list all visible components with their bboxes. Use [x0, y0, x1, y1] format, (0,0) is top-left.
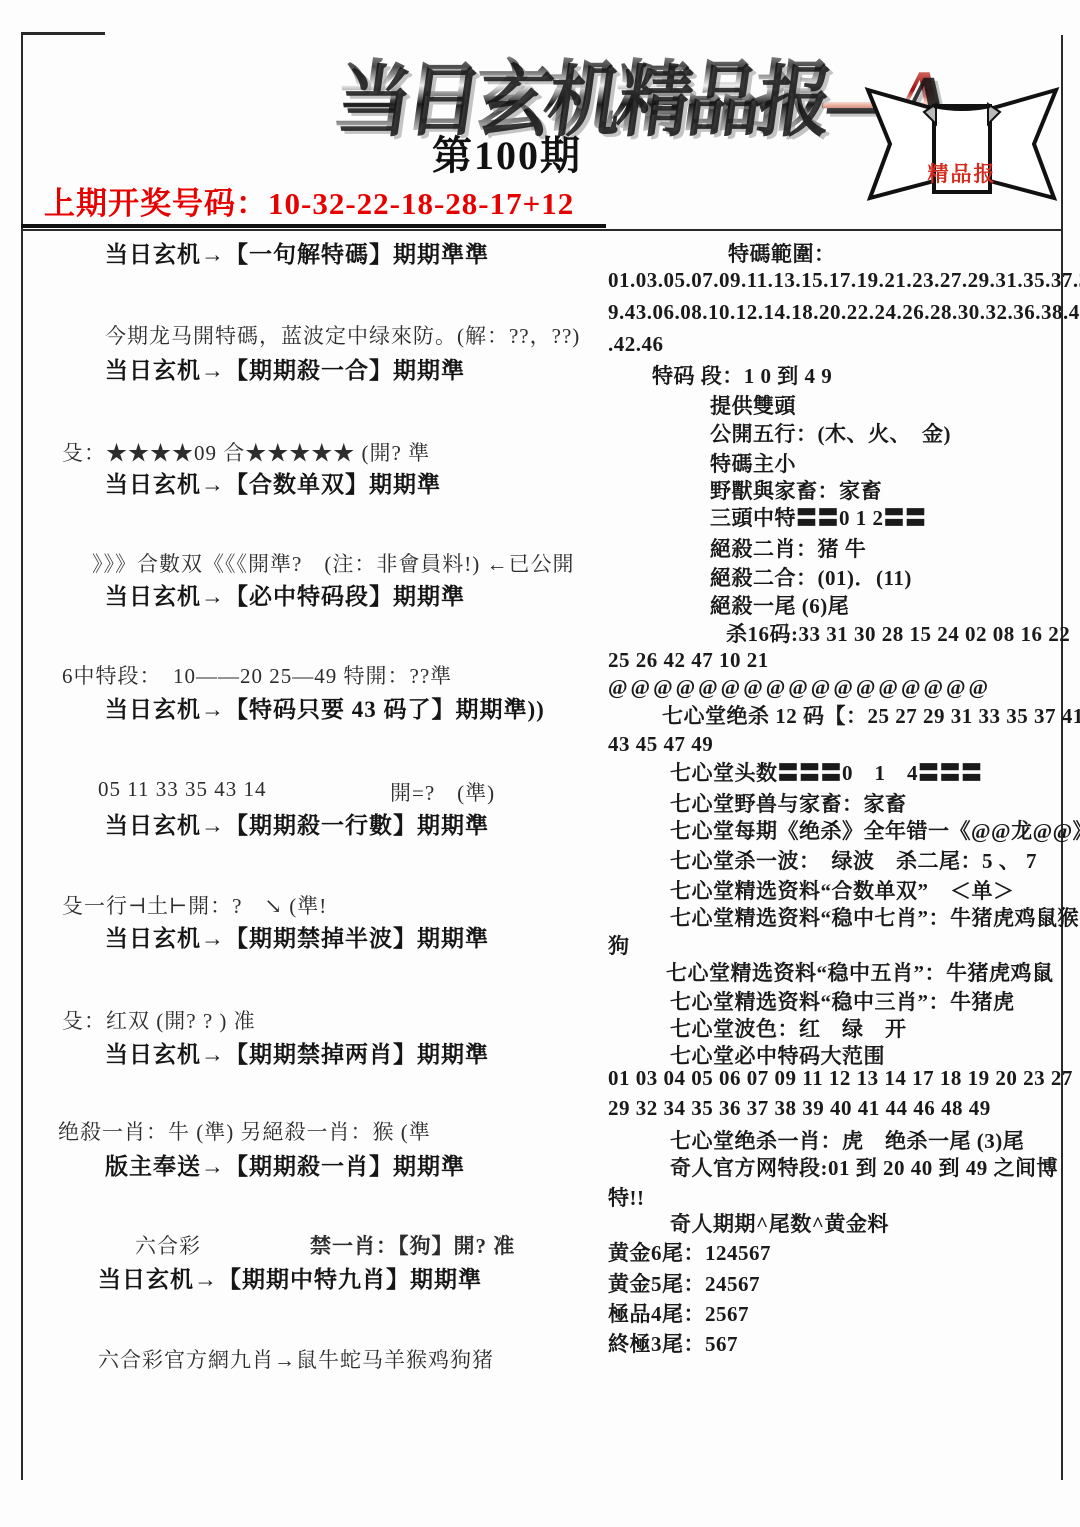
right-line-7: 特碼主小 [710, 448, 796, 478]
right-line-31: 七心堂绝杀一肖：虎 绝杀一尾 (3)尾 [670, 1125, 1024, 1155]
page-border-left [21, 33, 23, 1480]
left-section-6-header: 殳一行⊣土⊢開：? ↘ (準! [62, 890, 327, 920]
left-section-5-main: 当日玄机→【期期殺一行數】期期準 [105, 807, 489, 840]
page-title: 当日玄机精品报—A [327, 35, 903, 146]
right-line-0: 特碼範圍： [728, 238, 836, 268]
right-line-30: 29 32 34 35 36 37 38 39 40 41 44 46 48 4… [608, 1096, 991, 1121]
right-line-20: 七心堂每期《绝杀》全年错一《@@龙@@》 [670, 815, 1080, 845]
left-section-2-header: 殳：★★★★09 合★★★★★ (開? 準 [62, 437, 430, 467]
left-section-1-header: 今期龙马開特碼，蓝波定中绿來防。(解：??，??) [105, 320, 580, 350]
left-section-7-main: 当日玄机→【期期禁掉两肖】期期準 [105, 1036, 489, 1069]
right-line-38: 終極3尾：567 [608, 1328, 738, 1358]
right-line-6: 公開五行：(木、火、 金) [710, 418, 951, 448]
right-line-32: 奇人官方网特段:01 到 20 40 到 49 之间博 [670, 1152, 1058, 1182]
right-line-8: 野獸與家畜：家畜 [710, 475, 882, 505]
left-section-5-header: 05 11 33 35 43 14 [98, 777, 266, 802]
right-line-5: 提供雙頭 [710, 390, 796, 420]
last-draw-numbers: 上期开奖号码：10-32-22-18-28-17+12 [44, 178, 574, 223]
right-line-1: 01.03.05.07.09.11.13.15.17.19.21.23.27.2… [608, 268, 1080, 293]
right-line-35: 黄金6尾：124567 [608, 1237, 771, 1267]
right-line-37: 極品4尾：2567 [608, 1298, 749, 1328]
left-section-6-main: 当日玄机→【期期禁掉半波】期期準 [105, 920, 489, 953]
right-line-4: 特码 段：1 0 到 4 9 [652, 360, 832, 390]
header-divider-thick [21, 224, 606, 228]
right-line-34: 奇人期期^尾数^黄金料 [670, 1208, 889, 1238]
issue-number: 第100期 [432, 124, 582, 181]
right-line-33: 特!! [608, 1182, 645, 1212]
right-line-11: 絕殺二合：(01)．(11) [710, 562, 912, 592]
right-line-14: 25 26 42 47 10 21 [608, 648, 769, 673]
right-line-36: 黄金5尾：24567 [608, 1268, 760, 1298]
right-line-16: 七心堂绝杀 12 码【：25 27 29 31 33 35 37 41 [662, 700, 1080, 730]
tip-sheet-page: 当日玄机精品报—A 第100期 上期开奖号码：10-32-22-18-28-17… [0, 0, 1080, 1527]
right-line-13: 杀16码:33 31 30 28 15 24 02 08 16 22 [726, 618, 1070, 648]
right-line-22: 七心堂精选资料“合数单双” ＜单＞ [670, 875, 1015, 905]
right-line-21: 七心堂杀一波： 绿波 杀二尾：5 、 7 [670, 845, 1037, 875]
left-section-9-main: 当日玄机→【期期中特九肖】期期準 [98, 1261, 482, 1294]
right-line-18: 七心堂头数〓〓〓0 1 4〓〓〓 [670, 757, 983, 787]
right-line-15: @@@@@@@@@@@@@@@@@ [608, 675, 991, 700]
header-divider-thin [21, 229, 1062, 231]
left-section-5-header2: 開=? (準) [390, 777, 495, 807]
left-section-8-main: 版主奉送→【期期殺一肖】期期準 [105, 1148, 465, 1181]
right-line-2: 9.43.06.08.10.12.14.18.20.22.24.26.28.30… [608, 300, 1080, 325]
left-section-0-main: 当日玄机→【一句解特碼】期期準準 [105, 236, 489, 269]
left-section-9-header: 六合彩 [135, 1230, 201, 1260]
right-line-23: 七心堂精选资料“稳中七肖”：牛猪虎鸡鼠猴 [670, 902, 1079, 932]
page-border-right [1061, 35, 1063, 1480]
right-line-10: 絕殺二肖：猪 牛 [710, 533, 866, 563]
right-line-25: 七心堂精选资料“稳中五肖”：牛猪虎鸡鼠 [666, 957, 1054, 987]
right-line-19: 七心堂野兽与家畜：家畜 [670, 788, 907, 818]
right-line-29: 01 03 04 05 06 07 09 11 12 13 14 17 18 1… [608, 1066, 1073, 1091]
right-line-17: 43 45 47 49 [608, 732, 713, 757]
right-line-3: .42.46 [608, 332, 664, 357]
right-line-12: 絕殺一尾 (6)尾 [710, 590, 849, 620]
right-line-24: 狗 [608, 930, 630, 960]
left-section-4-main: 当日玄机→【特码只要 43 码了】期期準)) [105, 691, 545, 724]
left-section-9-header2: 禁一肖：【狗】開? 准 [310, 1230, 515, 1260]
left-section-7-header: 殳：红双 (開? ? ) 准 [62, 1005, 256, 1035]
right-line-27: 七心堂波色：红 绿 开 [670, 1013, 907, 1043]
left-section-4-header: 6中特段： 10——20 25—49 特開：??準 [62, 660, 452, 690]
left-section-2-main: 当日玄机→【合数单双】期期準 [105, 466, 441, 499]
ribbon-label: 精品报 [910, 158, 1014, 188]
left-section-3-header: 》》》合數双《《《開準? (注：非會員料!) ←已公開 [92, 548, 575, 578]
right-line-26: 七心堂精选资料“稳中三肖”：牛猪虎 [670, 986, 1015, 1016]
left-section-1-main: 当日玄机→【期期殺一合】期期準 [105, 352, 465, 385]
left-footer: 六合彩官方網九肖→鼠牛蛇马羊猴鸡狗猪 [98, 1344, 494, 1374]
page-border-top-segment [21, 32, 105, 35]
right-line-9: 三頭中特〓〓0 1 2〓〓 [710, 502, 927, 532]
left-section-8-header: 绝殺一肖：牛 (準) 另絕殺一肖：猴 (準 [58, 1116, 431, 1146]
left-section-3-main: 当日玄机→【必中特码段】期期準 [105, 578, 465, 611]
